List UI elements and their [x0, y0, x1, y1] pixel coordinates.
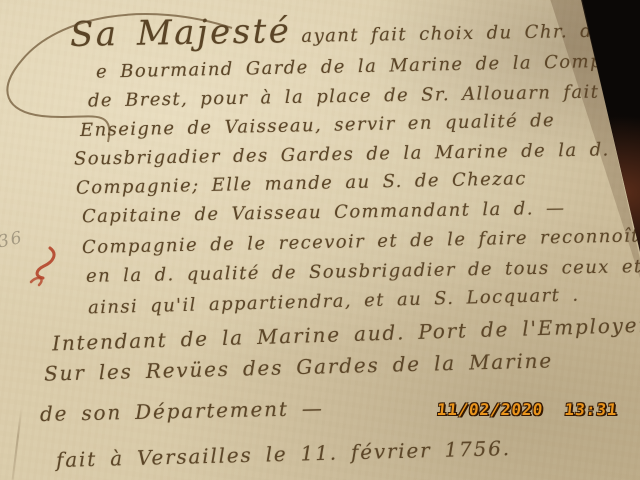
- red-ink-mark: [26, 242, 68, 290]
- manuscript-opening-words: Sa Majesté: [70, 11, 292, 55]
- photographed-manuscript: Sa Majestéayant fait choix du Chr. de — …: [0, 0, 640, 480]
- camera-timestamp: 11/02/2020 13:31: [436, 400, 619, 419]
- manuscript-opening-rest: ayant fait choix du Chr. de —: [301, 20, 637, 47]
